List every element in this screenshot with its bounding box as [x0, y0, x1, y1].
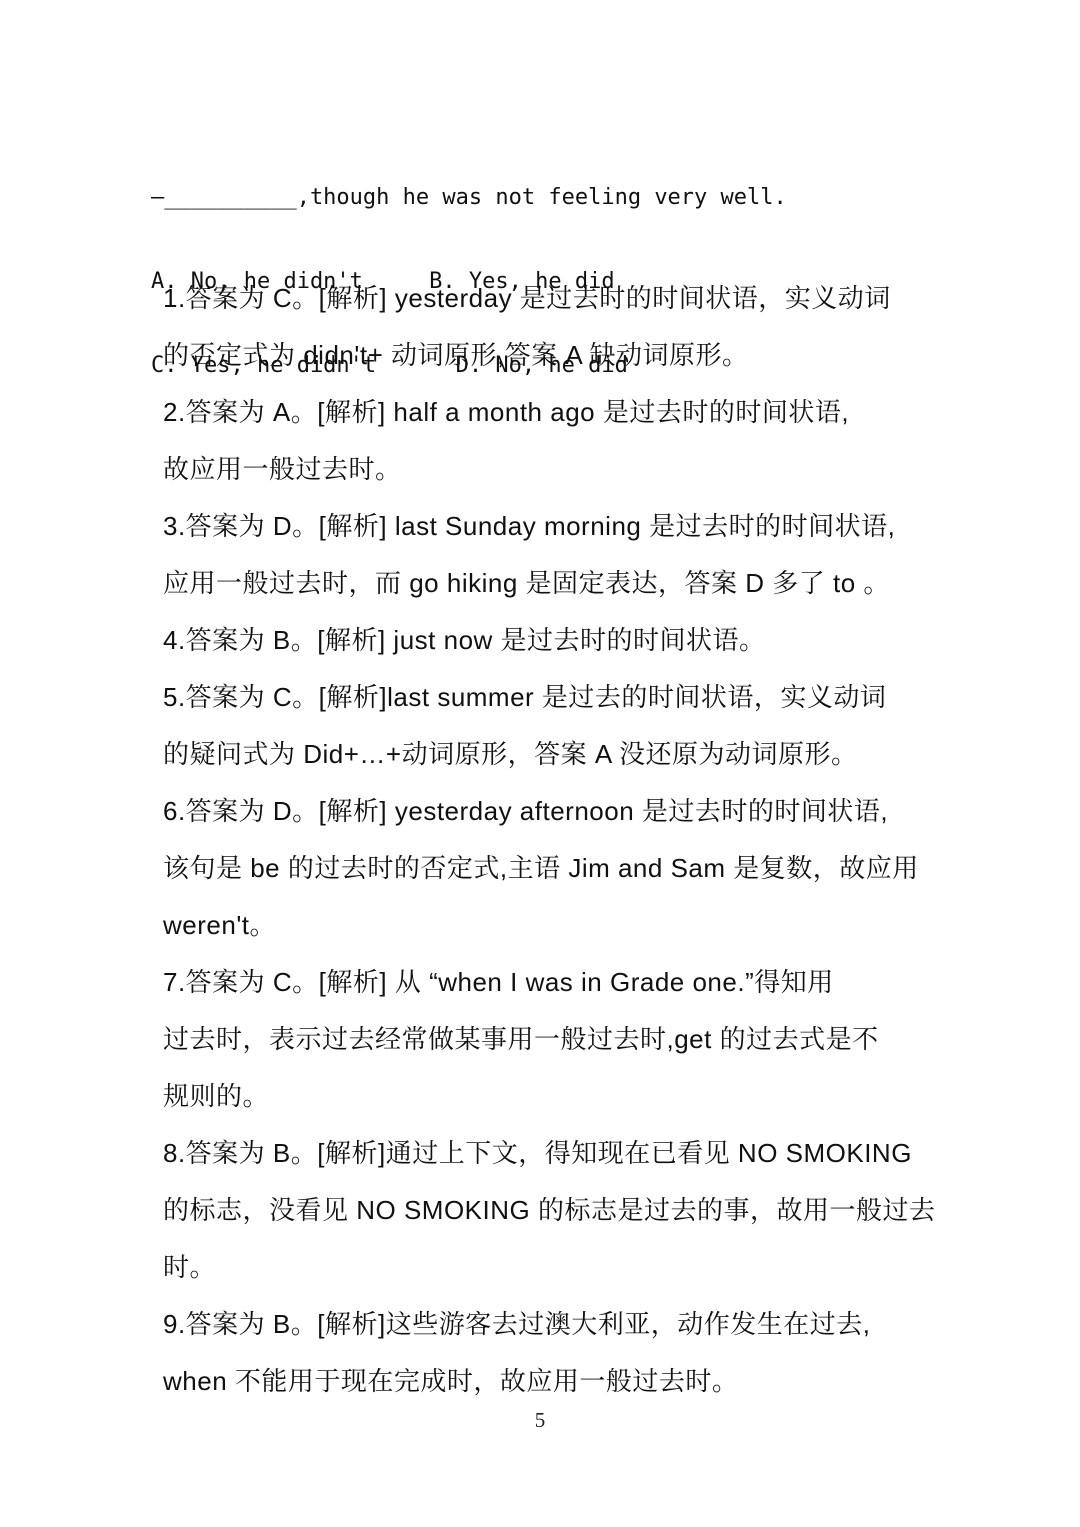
explanation-line: 8.答案为 B。[解析]通过上下文，得知现在已看见 NO SMOKING — [163, 1125, 938, 1182]
explanation-line: 9.答案为 B。[解析]这些游客去过澳大利亚，动作发生在过去, — [163, 1296, 938, 1353]
answer-explanations-list: 1.答案为 C。[解析] yesterday 是过去时的时间状语，实义动词的否定… — [163, 270, 938, 1410]
explanation-line: when 不能用于现在完成时，故应用一般过去时。 — [163, 1353, 938, 1410]
explanation-item: 6.答案为 D。[解析] yesterday afternoon 是过去时的时间… — [163, 783, 938, 954]
explanation-line: 2.答案为 A。[解析] half a month ago 是过去时的时间状语, — [163, 384, 938, 441]
explanation-item: 3.答案为 D。[解析] last Sunday morning 是过去时的时间… — [163, 498, 938, 612]
explanation-item: 1.答案为 C。[解析] yesterday 是过去时的时间状语，实义动词的否定… — [163, 270, 938, 384]
explanation-line: 6.答案为 D。[解析] yesterday afternoon 是过去时的时间… — [163, 783, 938, 840]
explanation-item: 4.答案为 B。[解析] just now 是过去时的时间状语。 — [163, 612, 938, 669]
explanation-line: 的标志，没看见 NO SMOKING 的标志是过去的事，故用一般过去 — [163, 1182, 938, 1239]
explanation-item: 8.答案为 B。[解析]通过上下文，得知现在已看见 NO SMOKING的标志，… — [163, 1125, 938, 1296]
explanation-item: 5.答案为 C。[解析]last summer 是过去的时间状语，实义动词的疑问… — [163, 669, 938, 783]
explanation-line: 过去时，表示过去经常做某事用一般过去时,get 的过去式是不 — [163, 1011, 938, 1068]
explanation-line: 7.答案为 C。[解析] 从 “when I was in Grade one.… — [163, 954, 938, 1011]
explanation-line: 该句是 be 的过去时的否定式,主语 Jim and Sam 是复数，故应用 — [163, 840, 938, 897]
explanation-line: weren't。 — [163, 897, 938, 954]
explanation-line: 应用一般过去时，而 go hiking 是固定表达，答案 D 多了 to 。 — [163, 555, 938, 612]
explanation-line: 规则的。 — [163, 1068, 938, 1125]
explanation-line: 1.答案为 C。[解析] yesterday 是过去时的时间状语，实义动词 — [163, 270, 938, 327]
explanation-line: 的疑问式为 Did+…+动词原形，答案 A 没还原为动词原形。 — [163, 726, 938, 783]
explanation-item: 9.答案为 B。[解析]这些游客去过澳大利亚，动作发生在过去,when 不能用于… — [163, 1296, 938, 1410]
explanation-line: 的否定式为 didn't+ 动词原形,答案 A 缺动词原形。 — [163, 327, 938, 384]
explanation-line: 4.答案为 B。[解析] just now 是过去时的时间状语。 — [163, 612, 938, 669]
explanation-line: 3.答案为 D。[解析] last Sunday morning 是过去时的时间… — [163, 498, 938, 555]
page-number: 5 — [0, 1408, 1080, 1433]
explanation-item: 7.答案为 C。[解析] 从 “when I was in Grade one.… — [163, 954, 938, 1125]
explanation-line: 故应用一般过去时。 — [163, 441, 938, 498]
question-stem: —__________,though he was not feeling ve… — [151, 184, 787, 212]
explanation-line: 时。 — [163, 1239, 938, 1296]
explanation-item: 2.答案为 A。[解析] half a month ago 是过去时的时间状语,… — [163, 384, 938, 498]
explanation-line: 5.答案为 C。[解析]last summer 是过去的时间状语，实义动词 — [163, 669, 938, 726]
